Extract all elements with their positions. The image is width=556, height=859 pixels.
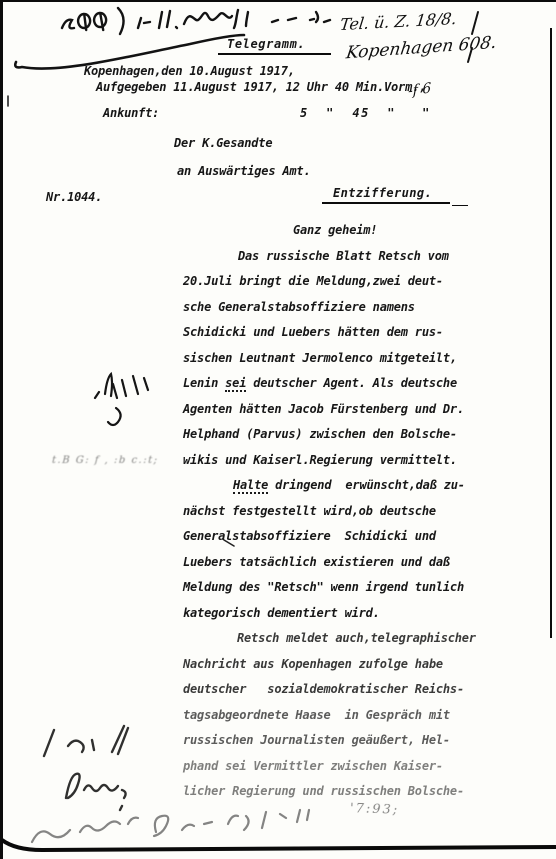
body-line: Ganz geheim! (183, 218, 483, 244)
body-line: sischen Leutnant Jermolenco mitgeteilt, (183, 346, 483, 372)
body-line: Nachricht aus Kopenhagen zufolge habe (183, 652, 483, 678)
emphasized-word: sei (225, 376, 246, 392)
document-number: Nr.1044. (46, 190, 102, 204)
body-line: licher Regierung und russischen Bolsche- (183, 779, 483, 805)
body-line: Luebers tatsächlich existieren und daß (183, 550, 483, 576)
handwritten-date-note: Tel. ü. Z. 18/8. (339, 9, 458, 34)
handwritten-initial-mark: -f 6 (408, 80, 431, 99)
body-line: Schidicki und Luebers hätten dem rus- (183, 320, 483, 346)
scan-border-right (550, 28, 552, 638)
handwritten-bottom-initials (44, 726, 128, 810)
arrival-time-value: 5 " 45 " " (300, 106, 431, 120)
body-line: tagsabgeordnete Haase in Gespräch mit (183, 703, 483, 729)
handwritten-margin-initials (95, 374, 148, 425)
body-line: Das russische Blatt Retsch vom (183, 244, 483, 270)
body-line: deutscher sozialdemokratischer Reichs- (183, 677, 483, 703)
body-line: Meldung des "Retsch" wenn irgend tunlich (183, 575, 483, 601)
body-line: Halte dringend erwünscht,daß zu- (183, 473, 483, 499)
body-line: phand sei Vermittler zwischen Kaiser- (183, 754, 483, 780)
body-line: Retsch meldet auch,telegraphischer (183, 626, 483, 652)
body-line: Agenten hätten Jacob Fürstenberg und Dr. (183, 397, 483, 423)
sender-line-1: Der K.Gesandte (174, 136, 272, 150)
handwritten-origin-note: Kopenhagen 608. (345, 33, 498, 64)
scan-border-left (0, 0, 3, 859)
title-underline (218, 53, 331, 55)
document-type-title: Telegramm. (227, 37, 305, 51)
handwritten-signature-scribble (32, 810, 309, 842)
handwritten-scribble-top (62, 8, 330, 34)
body-line: sche Generalstabsoffiziere namens (183, 295, 483, 321)
posted-line: Aufgegeben 11.August 1917, 12 Uhr 40 Min… (96, 80, 426, 94)
sender-line-2: an Auswärtiges Amt. (177, 164, 310, 178)
telegram-document: Telegramm. Kopenhagen,den 10.August 1917… (0, 0, 556, 859)
body-line: Helphand (Parvus) zwischen den Bolsche- (183, 422, 483, 448)
scan-border-bottom (2, 840, 556, 850)
body-line: wikis und Kaiserl.Regierung vermittelt. (183, 448, 483, 474)
decipher-label: Entzifferung. (333, 186, 432, 200)
body-text: Ganz geheim!Das russische Blatt Retsch v… (183, 218, 483, 805)
body-line: kategorisch dementiert wird. (183, 601, 483, 627)
body-line: nächst festgestellt wird,ob deutsche (183, 499, 483, 525)
decipher-underline (322, 202, 450, 204)
faint-stamp-text: t.B G: f , :b c.:t; (52, 455, 159, 466)
emphasized-word: Halte (233, 478, 268, 494)
scan-border-top (0, 0, 556, 2)
body-line: russischen Journalisten geäußert, Hel- (183, 728, 483, 754)
dateline: Kopenhagen,den 10.August 1917, (84, 64, 295, 78)
body-line: 20.Juli bringt die Meldung,zwei deut- (183, 269, 483, 295)
body-line: Lenin sei deutscher Agent. Als deutsche (183, 371, 483, 397)
decipher-underline-tail (452, 205, 468, 206)
arrival-label: Ankunft: (103, 106, 159, 120)
body-line: Generalstabsoffiziere Schidicki und (183, 524, 483, 550)
